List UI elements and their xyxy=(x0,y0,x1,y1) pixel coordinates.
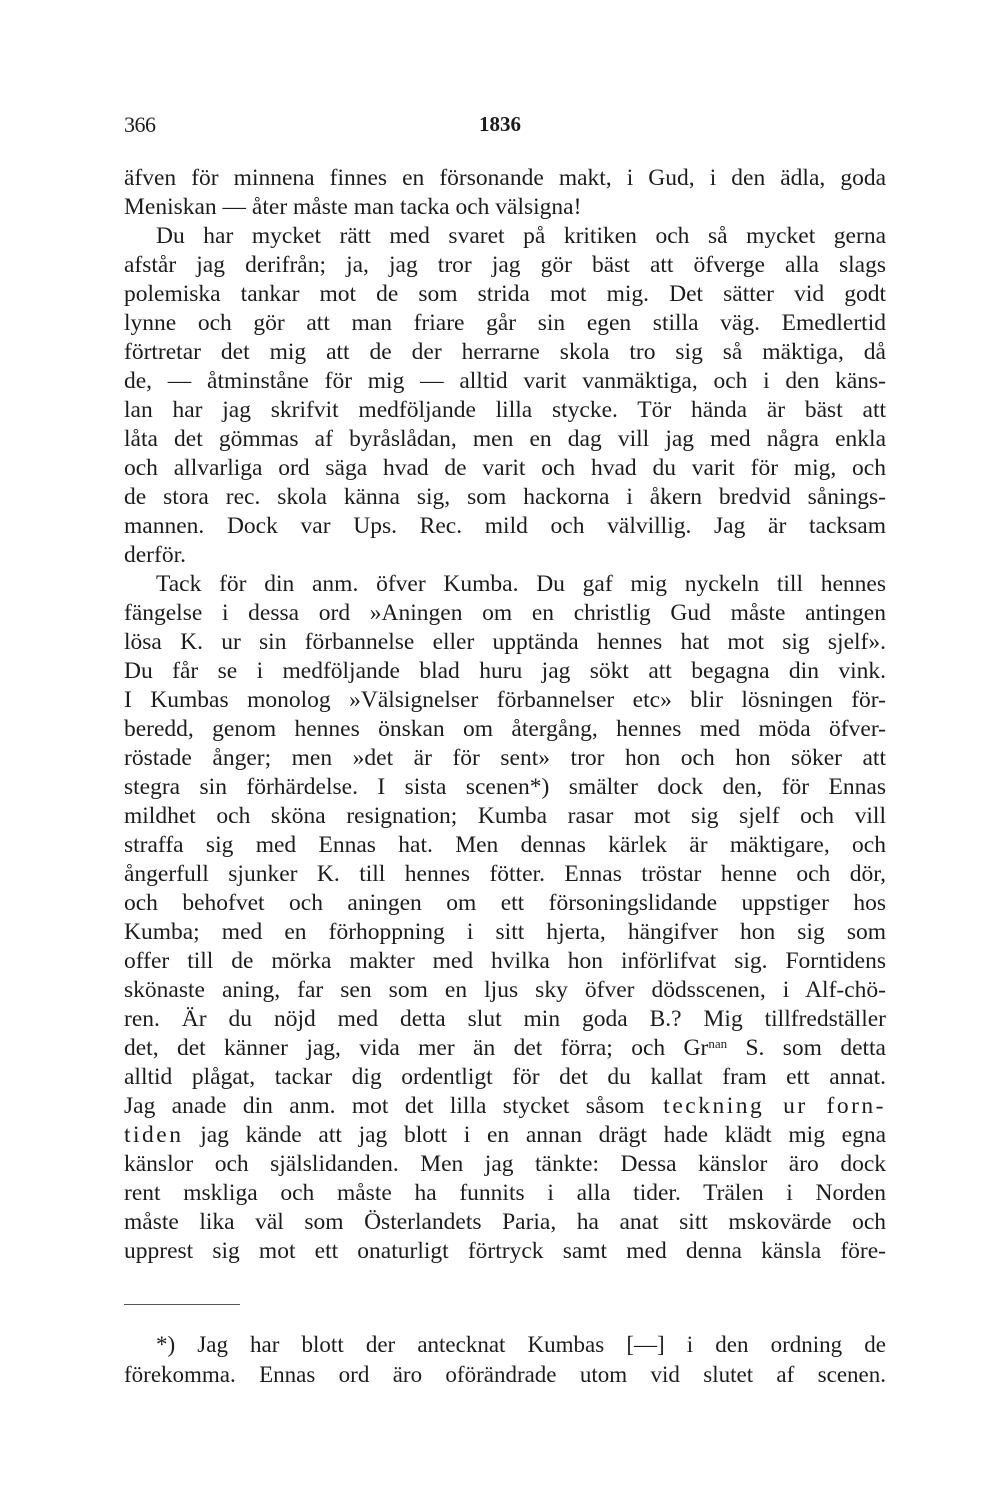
text-line: lan har jag skrifvit medföljande lilla s… xyxy=(124,396,886,425)
text-line: och allvarliga ord säga hvad de varit oc… xyxy=(124,454,886,483)
text-segment: det, det känner jag, vida mer än det för… xyxy=(124,1035,708,1061)
text-line: ren. Är du nöjd med detta slut min goda … xyxy=(124,1005,886,1034)
text-line: måste lika väl som Österlandets Paria, h… xyxy=(124,1208,886,1237)
text-line: de, — åtminståne för mig — alltid varit … xyxy=(124,367,886,396)
text-line: derför. xyxy=(124,541,886,570)
text-segment: jag kände att jag blott i en annan drägt… xyxy=(200,1122,886,1148)
text-line: straffa sig med Ennas hat. Men dennas kä… xyxy=(124,831,886,860)
text-line: polemiska tankar mot de som strida mot m… xyxy=(124,280,886,309)
text-line: rent mskliga och måste ha funnits i alla… xyxy=(124,1179,886,1208)
text-line: beredd, genom hennes önskan om återgång,… xyxy=(124,715,886,744)
spaced-emphasis: tiden xyxy=(124,1122,184,1148)
text-line: mildhet och sköna resignation; Kumba ras… xyxy=(124,802,886,831)
text-line: Meniskan — åter måste man tacka och väls… xyxy=(124,193,886,222)
text-line: lynne och gör att man friare går sin ege… xyxy=(124,309,886,338)
text-line: Kumba; med en förhoppning i sitt hjerta,… xyxy=(124,918,886,947)
text-line: Jag anade din anm. mot det lilla stycket… xyxy=(124,1092,886,1121)
body-text: äfven för minnena finnes en försonande m… xyxy=(124,164,886,1266)
footnote-line: *) Jag har blott der antecknat Kumbas [—… xyxy=(124,1330,886,1360)
text-line: äfven för minnena finnes en försonande m… xyxy=(124,164,886,193)
paragraph-start-line: Tack för din anm. öfver Kumba. Du gaf mi… xyxy=(124,570,886,599)
text-segment: Jag anade din anm. mot det lilla stycket… xyxy=(124,1093,644,1119)
text-line: låta det gömmas af byråslådan, men en da… xyxy=(124,425,886,454)
footnote-line: förekomma. Ennas ord äro oförändrade uto… xyxy=(124,1360,886,1390)
text-line: det, det känner jag, vida mer än det för… xyxy=(124,1034,886,1063)
text-line: och behofvet och aningen om ett försonin… xyxy=(124,889,886,918)
spaced-emphasis: teckning ur forn- xyxy=(644,1093,886,1119)
text-line: Du får se i medföljande blad huru jag sö… xyxy=(124,657,886,686)
text-line: lösa K. ur sin förbannelse eller upptänd… xyxy=(124,628,886,657)
paragraph-start-line: Du har mycket rätt med svaret på kritike… xyxy=(124,222,886,251)
text-line: mannen. Dock var Ups. Rec. mild och välv… xyxy=(124,512,886,541)
text-line: fängelse i dessa ord »Aningen om en chri… xyxy=(124,599,886,628)
text-line: skönaste aning, far sen som en ljus sky … xyxy=(124,976,886,1005)
footnote-divider xyxy=(124,1304,240,1305)
text-line: förtretar det mig att de der herrarne sk… xyxy=(124,338,886,367)
text-line: upprest sig mot ett onaturligt förtryck … xyxy=(124,1237,886,1266)
text-line: offer till de mörka makter med hvilka ho… xyxy=(124,947,886,976)
superscript-abbreviation: nan xyxy=(708,1036,727,1051)
text-line: de stora rec. skola känna sig, som hacko… xyxy=(124,483,886,512)
text-line: röstade ånger; men »det är för sent» tro… xyxy=(124,744,886,773)
running-head-year: 1836 xyxy=(479,112,521,137)
text-line: stegra sin förhärdelse. I sista scenen*)… xyxy=(124,773,886,802)
text-line: ångerfull sjunker K. till hennes fötter.… xyxy=(124,860,886,889)
page-number: 366 xyxy=(124,112,156,138)
text-line: känslor och själslidanden. Men jag tänkt… xyxy=(124,1150,886,1179)
footnote: *) Jag har blott der antecknat Kumbas [—… xyxy=(124,1330,886,1390)
text-line: I Kumbas monolog »Välsignelser förbannel… xyxy=(124,686,886,715)
text-line: afstår jag derifrån; ja, jag tror jag gö… xyxy=(124,251,886,280)
text-line: tiden jag kände att jag blott i en annan… xyxy=(124,1121,886,1150)
text-line: alltid plågat, tackar dig ordentligt för… xyxy=(124,1063,886,1092)
text-segment: S. som detta xyxy=(727,1035,886,1061)
